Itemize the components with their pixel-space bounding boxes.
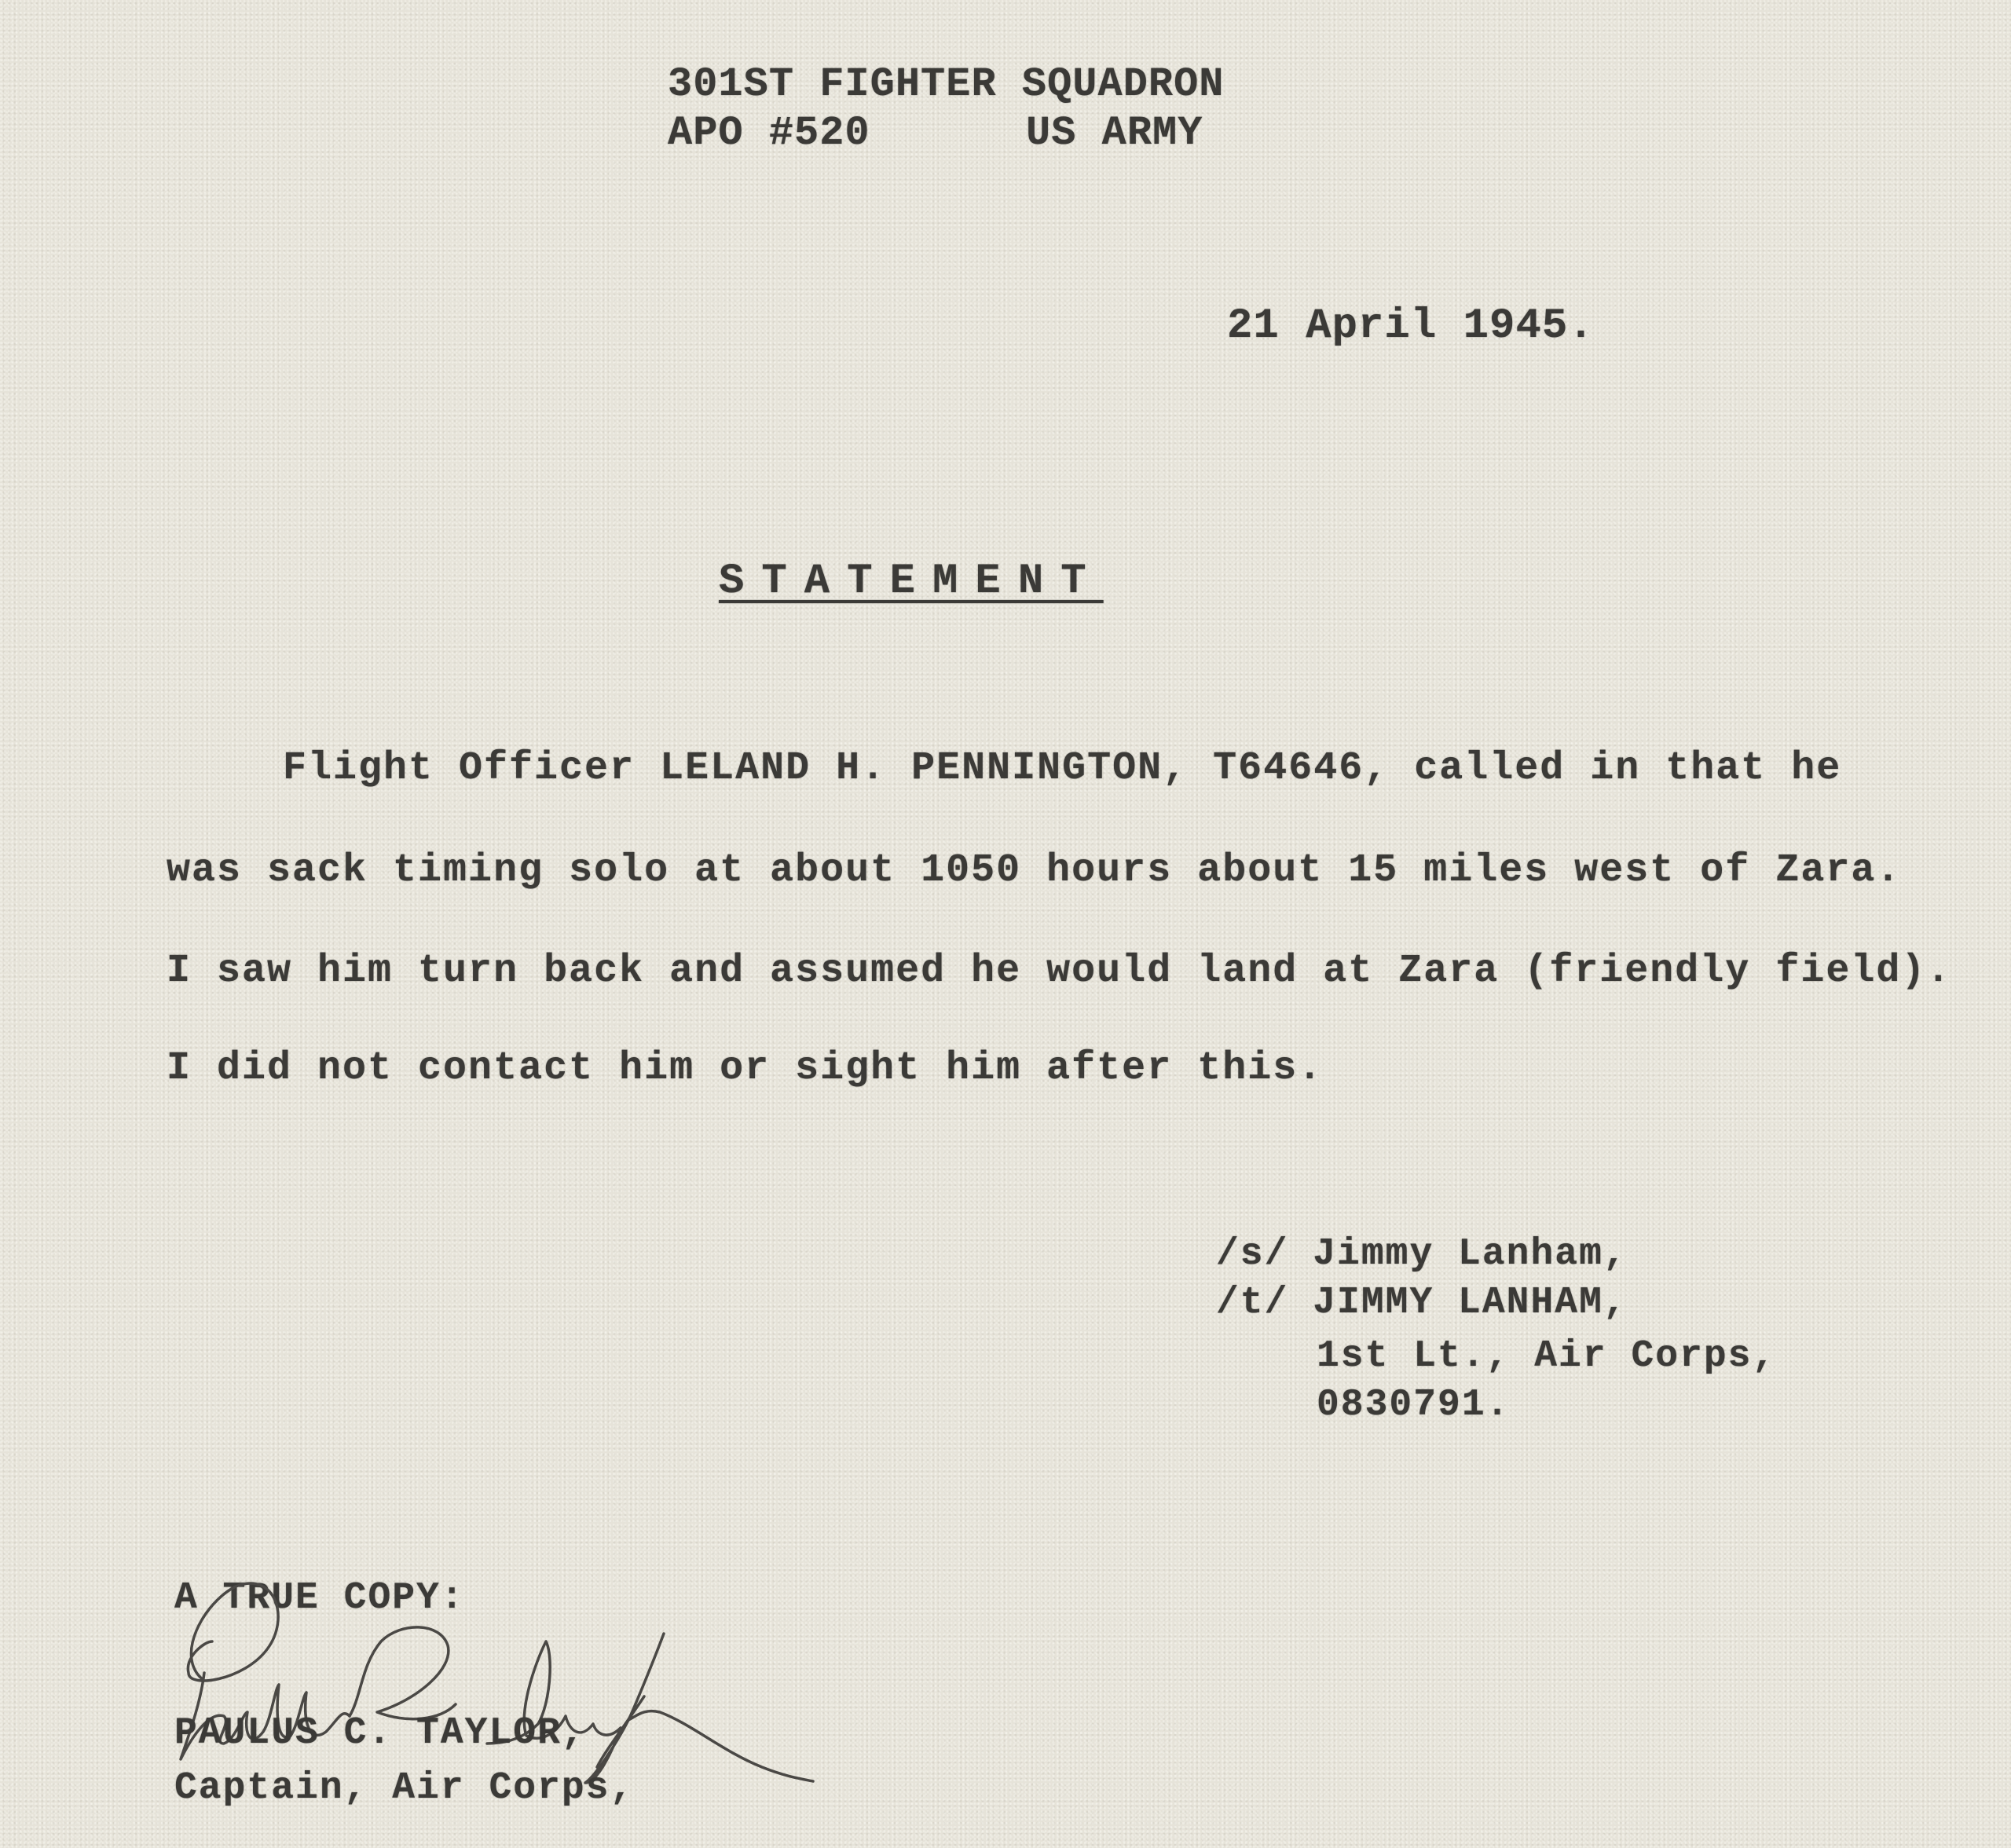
body-line-1: Flight Officer LELAND H. PENNINGTON, T64…: [283, 746, 1841, 791]
certifier-rank: Captain, Air Corps,: [174, 1767, 634, 1810]
body-line-4: I did not contact him or sight him after…: [167, 1046, 1323, 1091]
body-line-3: I saw him turn back and assumed he would…: [167, 949, 1951, 994]
document-date: 21 April 1945.: [1227, 302, 1595, 350]
signer-serial: 0830791.: [1317, 1384, 1510, 1426]
letterhead-branch: US ARMY: [1026, 110, 1203, 156]
letterhead-unit: 301ST FIGHTER SQUADRON: [668, 61, 1225, 108]
signed-name: /s/ Jimmy Lanham,: [1216, 1233, 1628, 1275]
document-page: 301ST FIGHTER SQUADRON APO #520 US ARMY …: [0, 0, 2011, 1848]
body-line-2: was sack timing solo at about 1050 hours…: [167, 848, 1901, 893]
certifier-name: PAULUS C. TAYLOR,: [174, 1712, 586, 1755]
letterhead-apo: APO #520: [668, 110, 870, 156]
handwritten-signature: [157, 1555, 833, 1791]
signer-rank: 1st Lt., Air Corps,: [1317, 1335, 1776, 1378]
typed-name: /t/ JIMMY LANHAM,: [1216, 1282, 1628, 1324]
document-title: STATEMENT: [719, 558, 1104, 606]
